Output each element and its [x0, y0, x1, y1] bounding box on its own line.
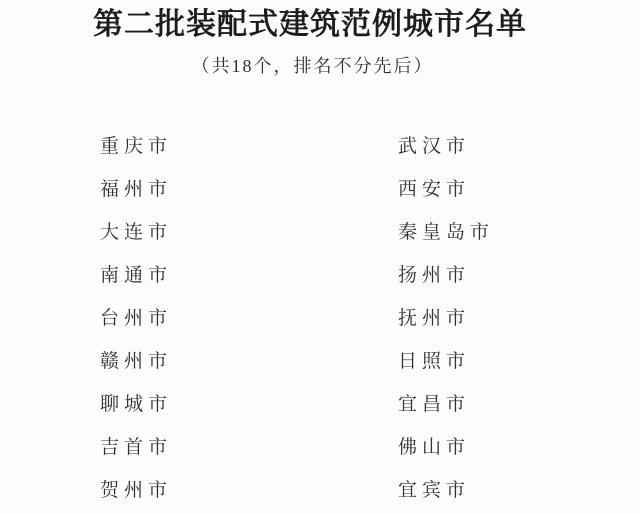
city-name: 南通市 [100, 260, 398, 287]
city-name: 台州市 [100, 303, 398, 330]
city-name: 福州市 [100, 174, 398, 201]
city-name: 贺州市 [100, 475, 398, 502]
city-name: 聊城市 [100, 389, 398, 416]
city-row: 赣州市 日照市 [0, 338, 640, 381]
city-name: 宜昌市 [398, 389, 470, 416]
city-row: 南通市 扬州市 [0, 252, 640, 295]
city-row: 聊城市 宜昌市 [0, 381, 640, 424]
city-name: 抚州市 [398, 303, 470, 330]
page-title: 第二批装配式建筑范例城市名单 [0, 7, 620, 43]
city-row: 大连市 秦皇岛市 [0, 209, 640, 252]
city-name: 赣州市 [100, 346, 398, 373]
city-row: 台州市 抚州市 [0, 295, 640, 338]
city-name: 扬州市 [398, 260, 470, 287]
city-row: 贺州市 宜宾市 [0, 467, 640, 510]
city-name: 武汉市 [398, 131, 470, 158]
city-name: 吉首市 [100, 432, 398, 459]
city-row: 福州市 西安市 [0, 166, 640, 209]
page-subtitle: （共18个，排名不分先后） [0, 54, 625, 78]
city-name: 大连市 [100, 217, 398, 244]
city-name: 佛山市 [398, 432, 470, 459]
city-row: 重庆市 武汉市 [0, 123, 640, 166]
city-name: 西安市 [398, 174, 470, 201]
city-name: 重庆市 [100, 131, 398, 158]
city-name: 日照市 [398, 346, 470, 373]
document-page: 第二批装配式建筑范例城市名单 （共18个，排名不分先后） 重庆市 武汉市 福州市… [0, 0, 640, 513]
city-name: 宜宾市 [398, 475, 470, 502]
city-row: 吉首市 佛山市 [0, 424, 640, 467]
city-name: 秦皇岛市 [398, 217, 494, 244]
city-list: 重庆市 武汉市 福州市 西安市 大连市 秦皇岛市 南通市 扬州市 台州市 抚州市… [0, 123, 640, 510]
